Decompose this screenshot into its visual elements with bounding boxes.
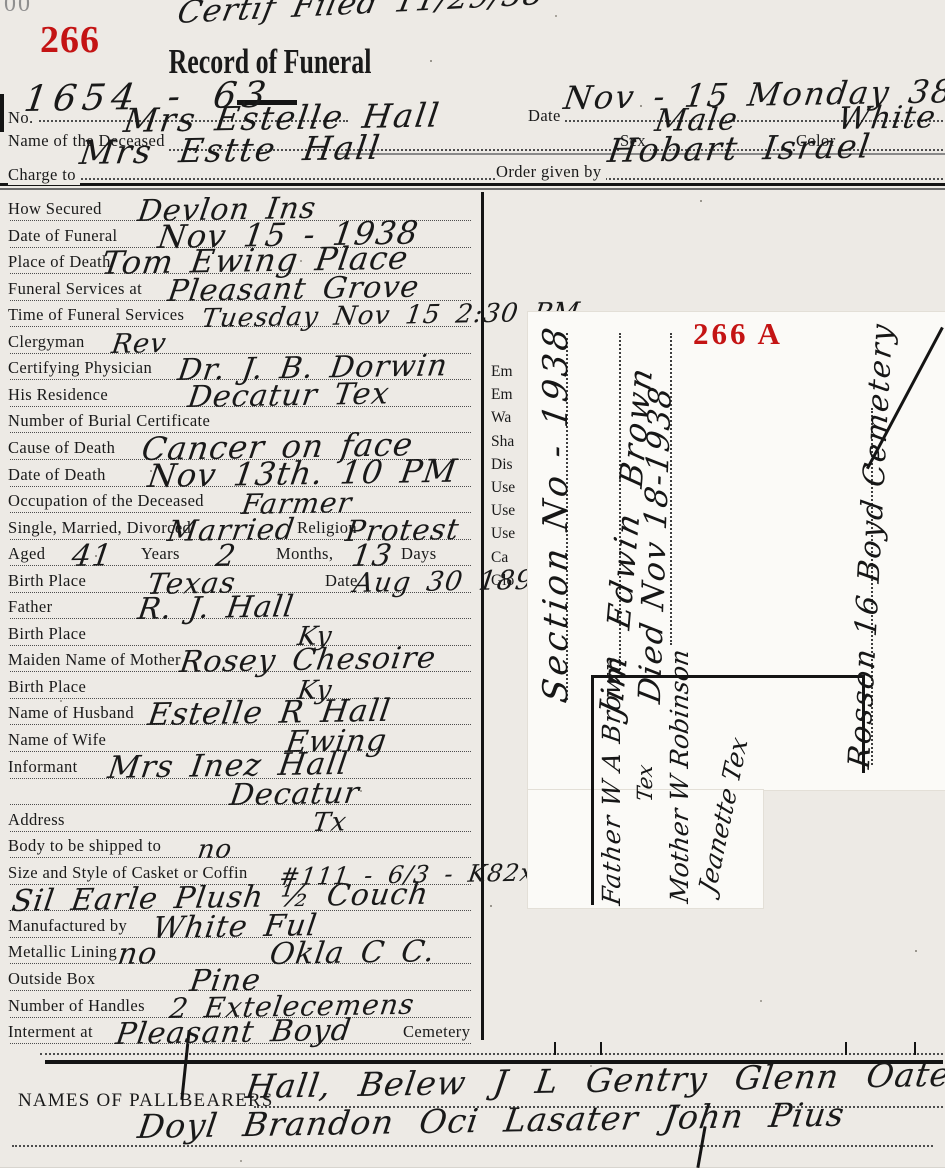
cutoff-column-label: Wa [491,409,511,427]
field-label: Cause of Death [8,438,119,458]
field-value-handwriting: 13 [350,542,394,570]
form-row: Single, Married, DivorcedMarriedProtestR… [8,515,471,542]
field-value-handwriting: Decatur [228,780,361,809]
fragment-sheet-number-red: 266 A [693,316,783,352]
form-row: Interment atPleasant BoydCemetery [8,1019,471,1046]
rule-tick-mark [845,1042,847,1055]
field-label: Clergyman [8,332,89,352]
field-label: Number of Handles [8,996,149,1016]
form-row: Occupation of the DeceasedFarmer [8,488,471,515]
form-row: Date of DeathNov 13th. 10 PM [8,462,471,489]
field-label: Metallic Lining [8,942,121,962]
filed-annotation-handwriting: Certif Filed 11/29/38 [175,0,547,28]
form-row: Funeral Services atPleasant Grove [8,276,471,303]
field-value-handwriting: Tuesday Nov 15 2:30 PM [200,301,582,331]
rule-tick-mark [914,1042,916,1055]
field-value-handwriting: R. J. Hall [136,594,296,624]
field-label: Cemetery [400,1022,473,1042]
field-label: Funeral Services at [8,279,146,299]
field-value-handwriting: no [116,941,159,969]
fragment-section-number-handwriting: Section No - 1938 [541,322,572,705]
corner-page-number: 00 [4,0,32,18]
form-row: His ResidenceDecatur Tex [8,382,471,409]
scan-edge-artifact [0,94,4,132]
form-row: Body to be shipped tono [8,833,471,860]
fragment-tex-handwriting: Tex [636,763,655,803]
fragment-father-handwriting: Father W A Brown [601,653,624,906]
field-label: Months, [273,544,336,564]
cutoff-column-label: Sha [491,433,514,451]
field-label: Years [138,544,183,564]
field-value-handwriting: Rev [110,333,168,358]
cutoff-column-label: Use [491,502,515,520]
fragment-mother-handwriting: Mother W Robinson [669,648,692,905]
charge-to-handwriting: Mrs Estte Hall [78,133,383,168]
sheet-number-red: 266 [40,18,100,62]
field-value-handwriting: Aug 30 1897 [352,569,553,597]
form-row: Aged41213YearsMonths,Days [8,541,471,568]
field-label: Name of Wife [8,730,110,750]
date-label: Date [528,106,565,126]
section-divider-rule-thin [0,188,945,190]
field-value-handwriting: Okla C C. [268,939,437,969]
rule-tick-mark [600,1042,602,1055]
order-given-by-label: Order given by [496,162,606,182]
field-label: How Secured [8,199,106,219]
form-row: Decatur [8,780,471,807]
field-label: Date of Death [8,465,110,485]
field-value-handwriting: Rosey Chesoire [178,645,438,676]
field-label: Certifying Physician [8,358,156,378]
field-label: Days [398,544,440,564]
field-label: Birth Place [8,571,90,591]
dotted-rule [10,857,471,858]
field-label: Birth Place [8,624,90,644]
field-label: Outside Box [8,969,99,989]
dotted-rule [8,178,943,180]
form-row: Name of HusbandEstelle R Hall [8,700,471,727]
field-label: Father [8,597,57,617]
section-divider-rule [0,183,945,186]
field-label: Body to be shipped to [8,836,165,856]
form-row: AddressTx [8,807,471,834]
field-value-handwriting: Tx [311,812,348,836]
field-label: Birth Place [8,677,90,697]
field-label: Time of Funeral Services [8,305,188,325]
scanned-funeral-record-page: 00 266 Certif Filed 11/29/38 Record of F… [0,0,945,1167]
field-value-handwriting: no [196,838,234,862]
form-row: Maiden Name of MotherRosey Chesoire [8,647,471,674]
cutoff-column-label: Use [491,479,515,497]
form-row: InformantMrs Inez Hall [8,754,471,781]
field-label: Manufactured by [8,916,131,936]
scan-noise-speckles [430,60,432,62]
form-row: Time of Funeral ServicesTuesday Nov 15 2… [8,302,471,329]
field-label: Informant [8,757,82,777]
charge-to-label: Charge to [8,165,80,185]
field-label: Aged [8,544,49,564]
cutoff-column-label: Dis [491,456,513,474]
order-given-by-handwriting: Hobart Israel [606,131,873,165]
field-label: Date of Funeral [8,226,122,246]
field-label: Occupation of the Deceased [8,491,208,511]
cutoff-column-label: Em [491,386,513,404]
cutoff-column-label: Em [491,363,513,381]
field-label: Interment at [8,1022,97,1042]
cutoff-column-label: Glo [491,572,514,590]
field-label: Maiden Name of Mother [8,650,185,670]
form-row: FatherR. J. Hall [8,594,471,621]
field-label: Address [8,810,69,830]
field-value-handwriting: 41 [70,542,114,570]
dotted-rule [40,1053,943,1055]
field-label: Place of Death [8,252,115,272]
cutoff-column-label: Ca [491,549,508,567]
pallbearers-line2-handwriting: Doyl Brandon Oci Lasater John Pius [136,1100,847,1142]
rule-tick-mark [554,1042,556,1055]
dotted-rule [10,831,471,832]
cutoff-column-label: Use [491,525,515,543]
field-label: His Residence [8,385,112,405]
field-value-handwriting: Nov 13th. 10 PM [146,456,459,490]
field-label: Name of Husband [8,703,138,723]
field-value-handwriting: Decatur Tex [186,380,391,411]
field-value-handwriting: Pleasant Boyd [114,1017,353,1048]
